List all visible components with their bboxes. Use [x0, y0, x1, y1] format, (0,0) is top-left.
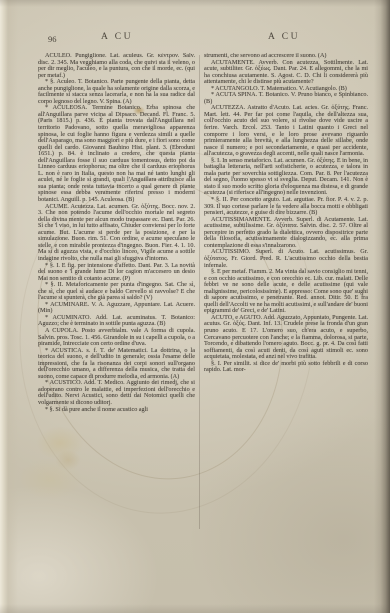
dictionary-paragraph: §. E per metaf. Fiamm. 2. Ma vinta dal s… — [204, 269, 368, 315]
dictionary-paragraph: * ACUMINATO. Add. Lat. acuminatus. T. Bo… — [38, 315, 195, 328]
dictionary-paragraph: * §. I. E fig. per intensione d'affetto.… — [38, 263, 195, 283]
dictionary-paragraph: ACUTEZZA. Astratto d'Acuto. Lat. acies. … — [204, 105, 368, 157]
dictionary-paragraph: * §. II. Metaforicamente per punta d'ing… — [38, 282, 195, 302]
dictionary-paragraph: * §. II. Per concetto arguto. Lat. argut… — [204, 197, 368, 217]
dictionary-paragraph: ACUTAMENTE. Avverb. Con acutezza, Sottil… — [204, 60, 368, 86]
dictionary-paragraph: ACUTISSIMO. Superl. di Acuto. Lat. acuti… — [204, 249, 368, 269]
dictionary-paragraph: ACULEO. Pungiglione. Lat. aculeus. Gr. κ… — [38, 53, 195, 79]
dictionary-paragraph: ACUME. Acutezza. Lat. acumen. Gr. ὀξύτης… — [38, 204, 195, 263]
scan-edge-bottom — [0, 604, 390, 613]
dictionary-paragraph: * §. Aculeo. T. Botanico. Parte pungente… — [38, 79, 195, 105]
scanned-book-page: 96 A CU A CU ACULEO. Pungiglione. Lat. a… — [0, 0, 390, 613]
dictionary-paragraph: ACUTO, e AGUTO. Add. Aguzzato, Appuntato… — [204, 315, 368, 361]
paper-deckle-edge-left — [0, 0, 18, 613]
scan-edge-top — [0, 0, 390, 7]
text-column-left: ACULEO. Pungiglione. Lat. aculeus. Gr. κ… — [38, 53, 195, 537]
running-head: 96 A CU A CU — [0, 32, 390, 45]
dictionary-paragraph: * ACUSTICO. Add. T. Medico. Aggiunto dei… — [38, 380, 195, 406]
running-head-left: A CU — [38, 32, 196, 42]
dictionary-paragraph: §. I. In senso metaforico. Lat. acumen. … — [204, 158, 368, 197]
dictionary-paragraph: * §. Si dà pure anche il nome acustico a… — [38, 407, 195, 414]
text-column-right: strumenti, che servono ad accrescere il … — [204, 53, 368, 537]
dictionary-paragraph: * ACULEOSA. Termine Botanico. Erba spino… — [38, 105, 195, 203]
dictionary-paragraph: ACUTISSIMAMENTE. Avverb. Superl. di Acut… — [204, 217, 368, 250]
dictionary-paragraph: §. I. Per similit. si dice de' morbi più… — [204, 361, 368, 374]
dictionary-paragraph: * ACUSTICA. s. f. T. de' Matematici. La … — [38, 348, 195, 381]
text-block: ACULEO. Pungiglione. Lat. aculeus. Gr. κ… — [38, 53, 368, 537]
column-divider-rule — [199, 55, 200, 529]
dictionary-paragraph: * ACUMINARE. V. A. Aguzzare, Appuntare. … — [38, 302, 195, 315]
running-head-right: A CU — [204, 32, 364, 42]
dictionary-paragraph: A CUPOLA. Posto avverbialm. vale A forma… — [38, 328, 195, 348]
page-edge-shadow-right — [374, 0, 390, 613]
